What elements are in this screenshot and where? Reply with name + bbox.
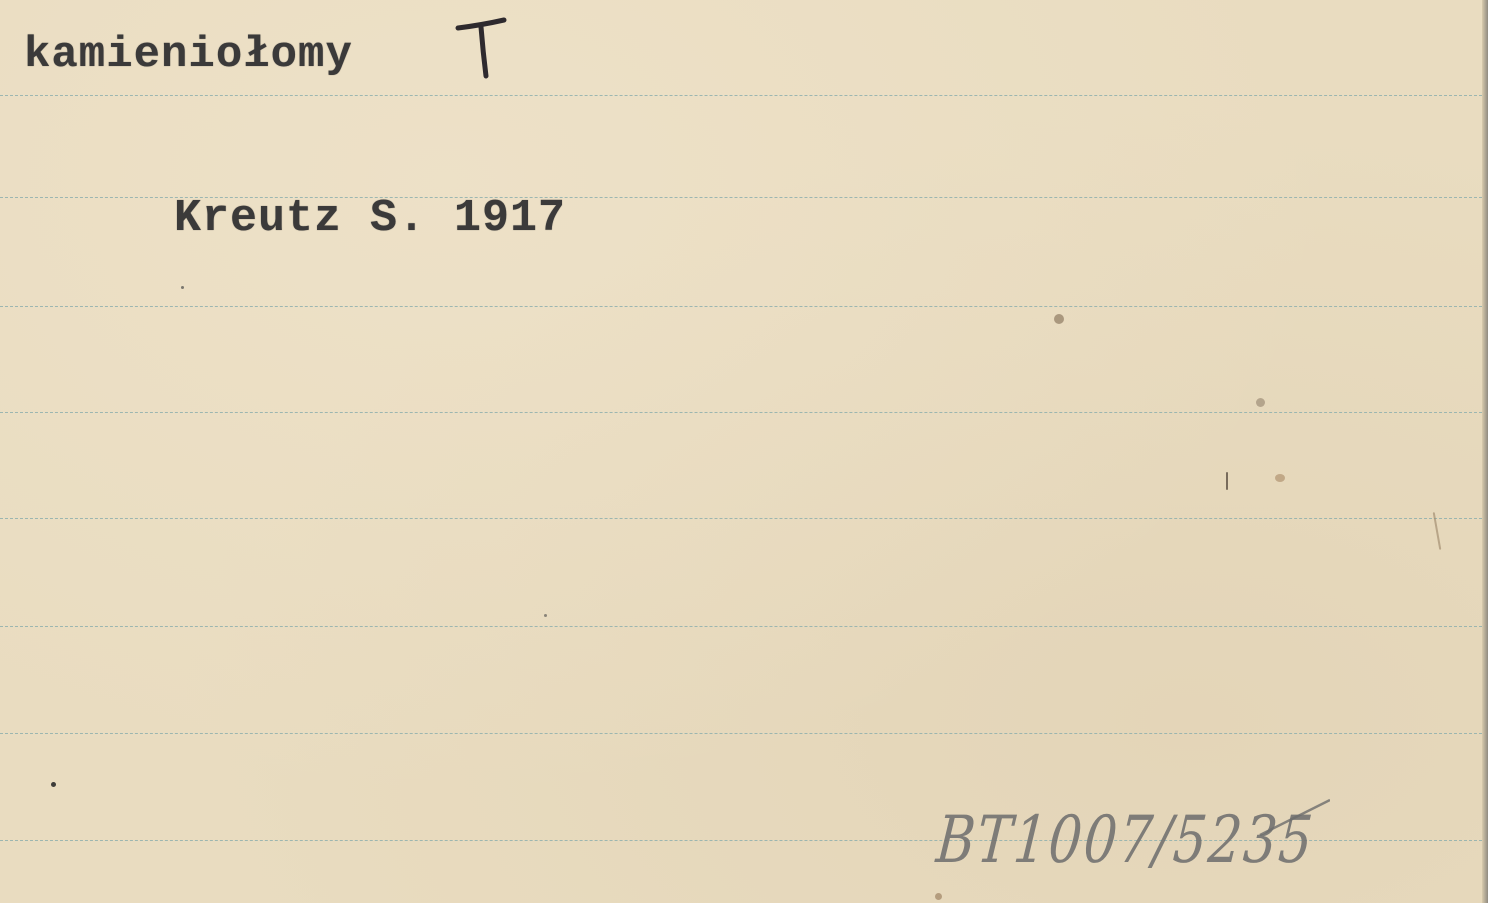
ruled-line: [0, 95, 1482, 96]
ruled-line: [0, 306, 1482, 307]
catalog-number-handwritten: BT1007/5235: [930, 795, 1330, 895]
ruled-line: [0, 412, 1482, 413]
paper-speck: [544, 614, 547, 617]
paper-speck: [935, 893, 942, 900]
card-edge: [1482, 0, 1488, 903]
pencil-flourish: [930, 795, 1330, 895]
paper-speck: [181, 286, 184, 289]
paper-speck: [1226, 472, 1228, 490]
card-heading: kamieniołomy: [24, 30, 353, 80]
author-year-line: Kreutz S. 1917: [174, 193, 566, 244]
paper-speck: [51, 782, 56, 787]
ruled-line: [0, 733, 1482, 734]
catalog-card: kamieniołomy Kreutz S. 1917 BT1007/5235: [0, 0, 1488, 903]
paper-speck: [1275, 474, 1285, 482]
paper-speck: [1256, 398, 1265, 407]
ruled-line: [0, 626, 1482, 627]
handwritten-t-mark: [452, 14, 512, 84]
paper-speck: [1054, 314, 1064, 324]
ruled-line: [0, 518, 1482, 519]
